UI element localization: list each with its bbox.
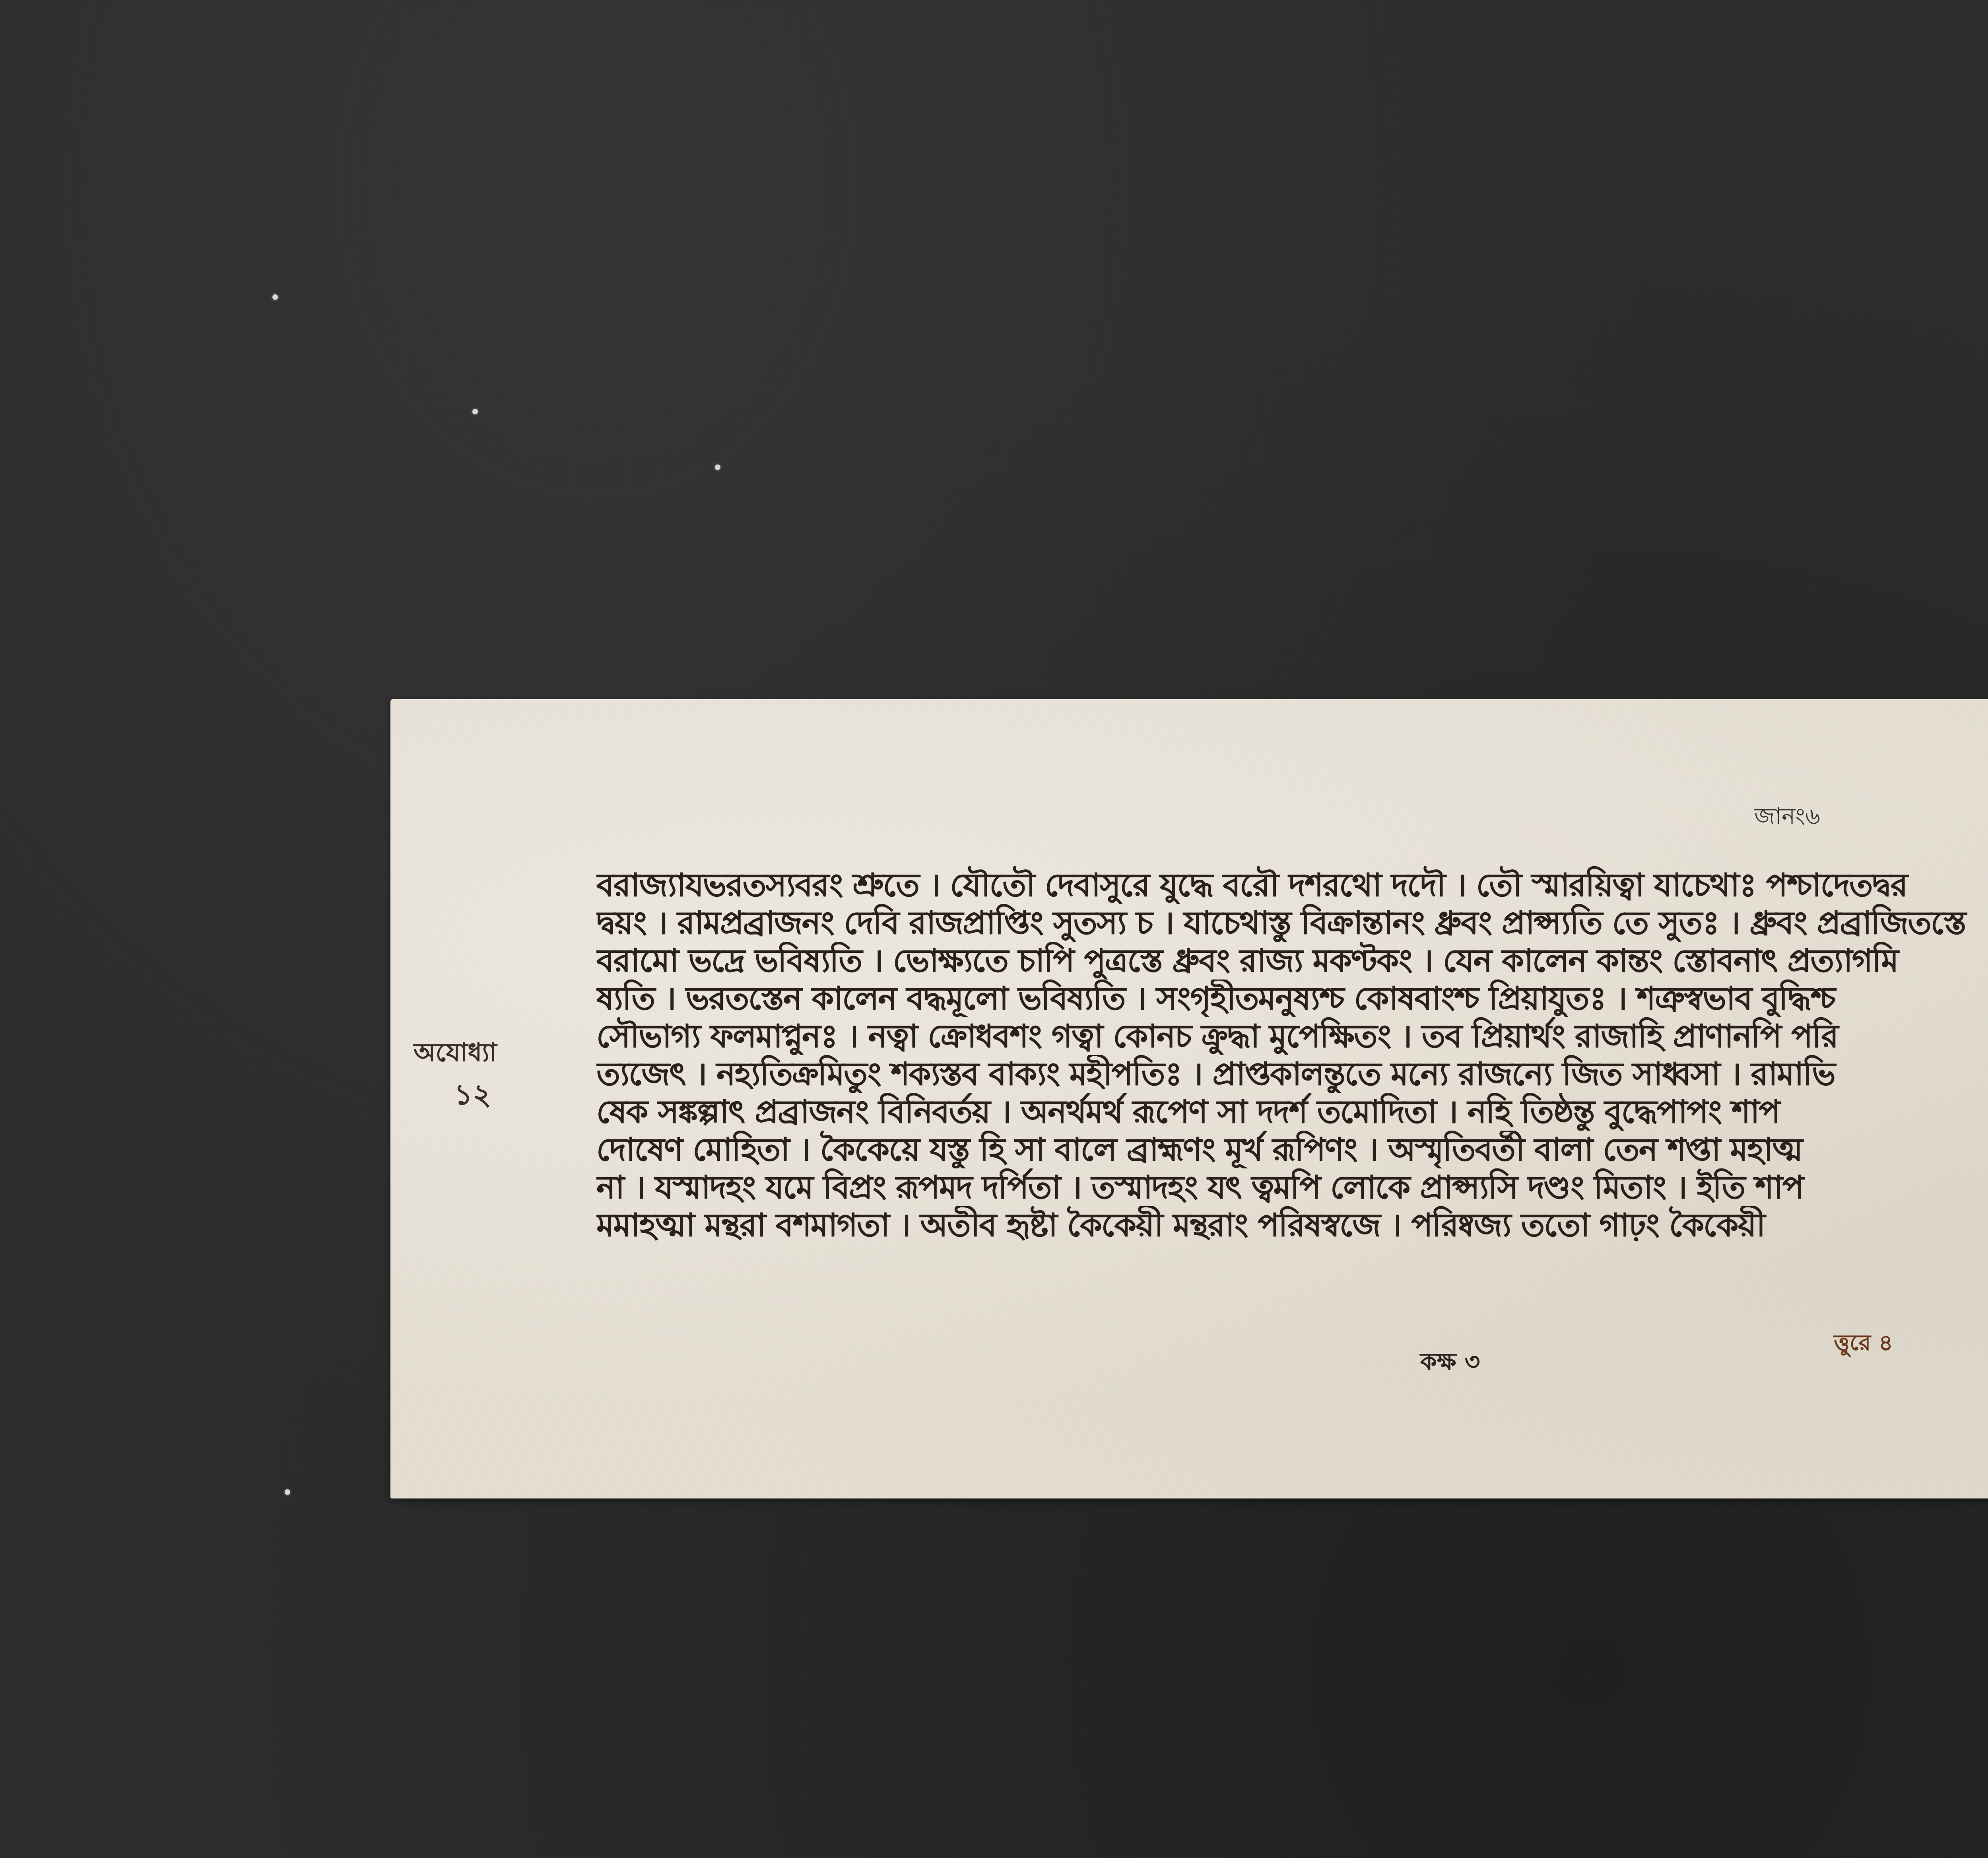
bottom-center-note: কক্ষ ৩ bbox=[1420, 1343, 1480, 1383]
left-margin-folio: ১২ bbox=[454, 1073, 491, 1121]
text-line: ষ্যতি । ভরতস্তেন কালেন বদ্ধমূলো ভবিষ্যতি… bbox=[596, 980, 1988, 1017]
text-line: সৌভাগ্য ফলমাপ্নুনঃ । নত্বা ক্রোধবশং গত্ব… bbox=[596, 1017, 1988, 1055]
text-line: বরাজ্যাযভরতস্যবরং শ্রুতে । যৌতৌ দেবাসুরে… bbox=[596, 866, 1988, 904]
text-line: ত্যজেৎ । নহ্যতিক্রমিতুং শক্যস্তব বাক্যং … bbox=[596, 1055, 1988, 1093]
main-text-block: বরাজ্যাযভরতস্যবরং শ্রুতে । যৌতৌ দেবাসুরে… bbox=[596, 866, 1988, 1244]
text-line: বরামো ভদ্রে ভবিষ্যতি । ভোক্ষ্যতে চাপি পু… bbox=[596, 942, 1988, 980]
text-line: না । যস্মাদহং যমে বিপ্রং রূপমদ দর্পিতা ।… bbox=[596, 1168, 1988, 1206]
text-line: দ্বয়ং । রামপ্রব্রাজনং দেবি রাজপ্রাপ্তিং… bbox=[596, 904, 1988, 942]
mount-pin bbox=[272, 294, 278, 300]
mount-pin bbox=[285, 1489, 290, 1495]
top-correction-note: জানং৬ bbox=[1754, 799, 1820, 837]
text-line: দোষেণ মোহিতা । কৈকেয়ে যস্তু হি সা বালে … bbox=[596, 1131, 1988, 1168]
manuscript-leaf: অযোধ্যা ১২ ১৪৭ জানং৬ ধ্যু ।৪ কক্ষ ৩ ত্তু… bbox=[390, 699, 1988, 1498]
bottom-right-note: ত্তুরে ৪ bbox=[1834, 1325, 1893, 1363]
mount-pin bbox=[472, 409, 478, 414]
mount-pin bbox=[715, 464, 720, 470]
left-margin-title: অযোধ্যা bbox=[414, 1033, 497, 1076]
text-line: ষেক সঙ্কল্পাৎ প্রব্রাজনং বিনিবর্তয় । অন… bbox=[596, 1093, 1988, 1131]
text-line: মমাহত্মা মন্থরা বশমাগতা । অতীব হৃষ্টা কৈ… bbox=[596, 1206, 1988, 1244]
